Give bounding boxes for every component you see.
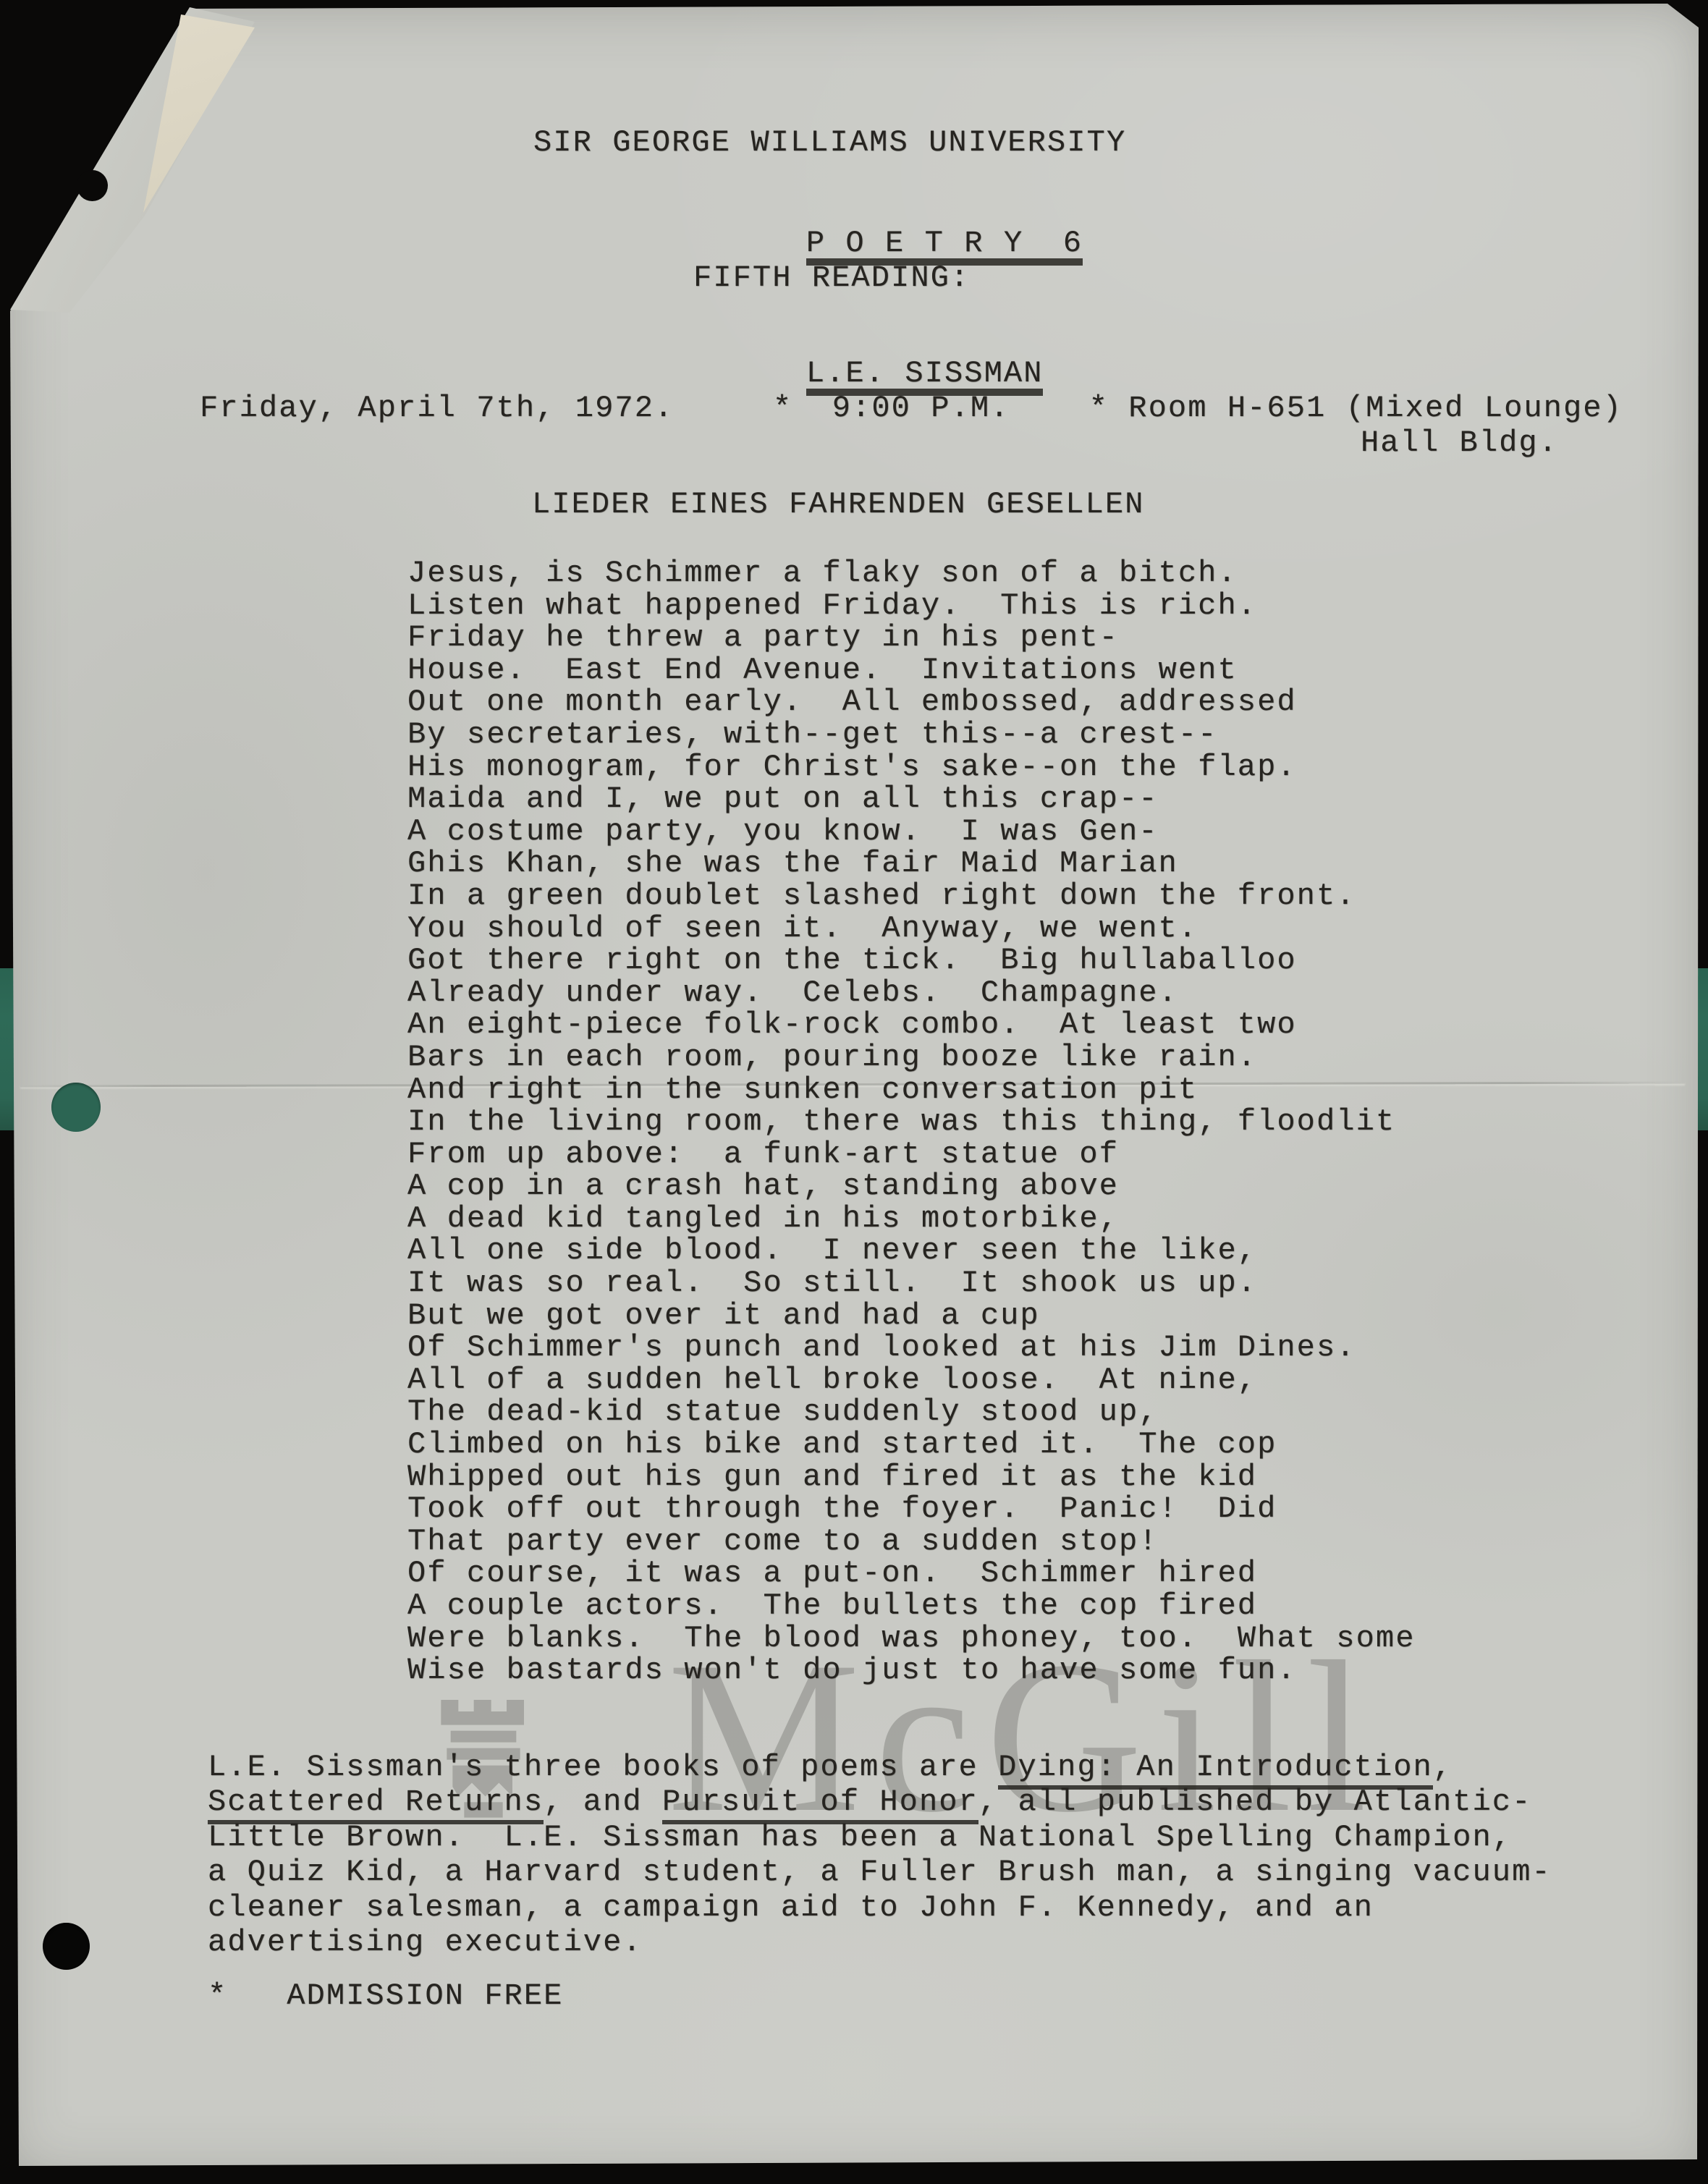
typed-content: SIR GEORGE WILLIAMS UNIVERSITY P O E T R… <box>0 0 1708 2184</box>
bio-line: L.E. Sissman's three books of poems are … <box>208 1750 1552 1785</box>
poem-line: His monogram, for Christ's sake--on the … <box>407 751 1416 784</box>
poem-line: And right in the sunken conversation pit <box>407 1074 1416 1106</box>
bio-text: a Quiz Kid, a Harvard student, a Fuller … <box>208 1855 1552 1889</box>
poem-line: Bars in each room, pouring booze like ra… <box>407 1041 1416 1074</box>
poem-line: Listen what happened Friday. This is ric… <box>407 590 1416 622</box>
poem-line: It was so real. So still. It shook us up… <box>407 1267 1416 1300</box>
poem-line: From up above: a funk-art statue of <box>407 1138 1416 1171</box>
poem-line: Friday he threw a party in his pent- <box>407 622 1416 654</box>
poem-line: Climbed on his bike and started it. The … <box>407 1429 1416 1461</box>
bio-text: L.E. Sissman's three books of poems are <box>208 1750 998 1785</box>
poem-line: Out one month early. All embossed, addre… <box>407 686 1416 719</box>
poem-line: Were blanks. The blood was phoney, too. … <box>407 1622 1416 1655</box>
bio-text: , <box>1433 1750 1453 1785</box>
poem-line: A dead kid tangled in his motorbike, <box>407 1203 1416 1235</box>
poem-line: In the living room, there was this thing… <box>407 1106 1416 1138</box>
poem-line: A couple actors. The bullets the cop fir… <box>407 1590 1416 1622</box>
poem-title: LIEDER EINES FAHRENDEN GESELLEN <box>532 488 1144 520</box>
poem-line: All of a sudden hell broke loose. At nin… <box>407 1364 1416 1397</box>
admission-note: * ADMISSION FREE <box>208 1980 563 2012</box>
poem-line: Of Schimmer's punch and looked at his Ji… <box>407 1332 1416 1364</box>
bio-text: cleaner salesman, a campaign aid to John… <box>208 1890 1374 1925</box>
poem-line: In a green doublet slashed right down th… <box>407 880 1416 913</box>
poem-line: The dead-kid statue suddenly stood up, <box>407 1396 1416 1429</box>
poem-line: A cop in a crash hat, standing above <box>407 1170 1416 1203</box>
poem-line: Got there right on the tick. Big hullaba… <box>407 944 1416 977</box>
bio-line: Little Brown. L.E. Sissman has been a Na… <box>208 1820 1552 1855</box>
poem-line: All one side blood. I never seen the lik… <box>407 1235 1416 1267</box>
scanned-page-scene: McGill SIR GEORGE WILLIAMS UNIVERSITY P … <box>0 0 1708 2184</box>
university-title: SIR GEORGE WILLIAMS UNIVERSITY <box>533 127 1126 158</box>
bio-text: , and <box>544 1785 662 1819</box>
bio-text: Little Brown. L.E. Sissman has been a Na… <box>208 1820 1512 1855</box>
poem-line: Ghis Khan, she was the fair Maid Marian <box>407 847 1416 880</box>
poem-line: But we got over it and had a cup <box>407 1300 1416 1332</box>
poem-line: House. East End Avenue. Invitations went <box>407 654 1416 687</box>
poem-line: You should of seen it. Anyway, we went. <box>407 913 1416 945</box>
poem-line: By secretaries, with--get this--a crest-… <box>407 719 1416 751</box>
poem-line: Of course, it was a put-on. Schimmer hir… <box>407 1557 1416 1590</box>
poem-line: Took off out through the foyer. Panic! D… <box>407 1493 1416 1525</box>
date-time-room-line: Friday, April 7th, 1972. * 9:00 P.M. * R… <box>200 392 1623 424</box>
poem-line: Wise bastards won't do just to have some… <box>407 1654 1416 1687</box>
poem-line: Maida and I, we put on all this crap-- <box>407 783 1416 816</box>
poem-line: That party ever come to a sudden stop! <box>407 1525 1416 1558</box>
bio-line: cleaner salesman, a campaign aid to John… <box>208 1890 1552 1925</box>
bio-text: advertising executive. <box>208 1925 643 1960</box>
poem-line: An eight-piece folk-rock combo. At least… <box>407 1009 1416 1041</box>
bio-line: Scattered Returns, and Pursuit of Honor,… <box>208 1785 1552 1819</box>
bio-line: advertising executive. <box>208 1925 1552 1960</box>
poem-line: Whipped out his gun and fired it as the … <box>407 1461 1416 1494</box>
poem-line: Already under way. Celebs. Champagne. <box>407 977 1416 1010</box>
poem-line: Jesus, is Schimmer a flaky son of a bitc… <box>407 557 1416 590</box>
bio-line: a Quiz Kid, a Harvard student, a Fuller … <box>208 1855 1552 1889</box>
underlined-book-title: Dying: An Introduction <box>998 1750 1433 1790</box>
building-line: Hall Bldg. <box>1361 427 1558 459</box>
poem-body: Jesus, is Schimmer a flaky son of a bitc… <box>407 557 1416 1687</box>
underlined-book-title: Scattered Returns <box>208 1785 544 1824</box>
underlined-book-title: Pursuit of Honor <box>662 1785 978 1824</box>
bio-text: , all published by Atlantic- <box>978 1785 1532 1819</box>
poem-line: A costume party, you know. I was Gen- <box>407 816 1416 848</box>
bio-paragraph: L.E. Sissman's three books of poems are … <box>208 1750 1552 1960</box>
reading-label: FIFTH READING: <box>693 262 970 294</box>
